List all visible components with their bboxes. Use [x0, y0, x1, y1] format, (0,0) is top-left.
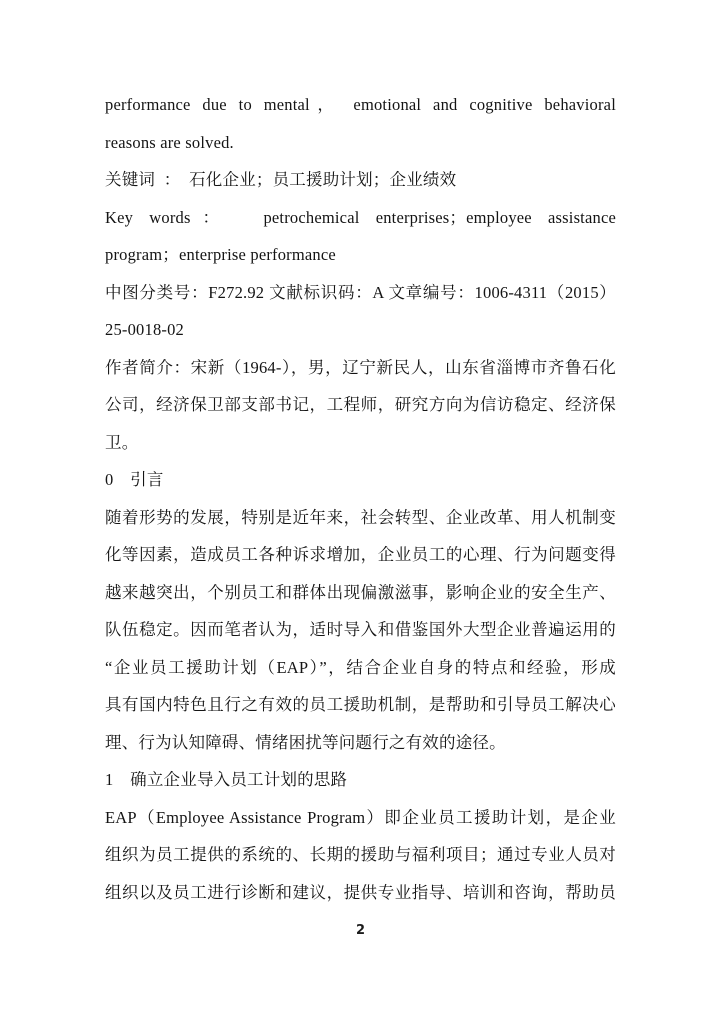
document-page: performance due to mental， emotional and…: [0, 0, 721, 1020]
text-line: 25-0018-02: [105, 311, 616, 349]
page-number: 2: [0, 923, 721, 938]
text-line: 组织为员工提供的系统的、长期的援助与福利项目；通过专业人员对: [105, 836, 616, 874]
text-line: 越来越突出，个别员工和群体出现偏激滋事，影响企业的安全生产、: [105, 574, 616, 612]
text-line: 关键词 ： 石化企业；员工援助计划；企业绩效: [105, 161, 616, 199]
text-line: 1 确立企业导入员工计划的思路: [105, 761, 616, 799]
text-line: 作者简介：宋新（1964-），男，辽宁新民人，山东省淄博市齐鲁石化: [105, 349, 616, 387]
text-line: 中图分类号：F272.92 文献标识码：A 文章编号：1006-4311（201…: [105, 274, 616, 312]
text-line: 0 引言: [105, 461, 616, 499]
text-line: performance due to mental， emotional and…: [105, 86, 616, 124]
text-line: 理、行为认知障碍、情绪困扰等问题行之有效的途径。: [105, 724, 616, 762]
text-line: reasons are solved.: [105, 124, 616, 162]
text-line: 组织以及员工进行诊断和建议，提供专业指导、培训和咨询，帮助员: [105, 874, 616, 912]
text-line: 具有国内特色且行之有效的员工援助机制，是帮助和引导员工解决心: [105, 686, 616, 724]
text-line: 卫。: [105, 424, 616, 462]
text-line: EAP（Employee Assistance Program）即企业员工援助计…: [105, 799, 616, 837]
text-line: 队伍稳定。因而笔者认为，适时导入和借鉴国外大型企业普遍运用的: [105, 611, 616, 649]
text-line: 化等因素，造成员工各种诉求增加，企业员工的心理、行为问题变得: [105, 536, 616, 574]
text-line: 随着形势的发展，特别是近年来，社会转型、企业改革、用人机制变: [105, 499, 616, 537]
text-line: program；enterprise performance: [105, 236, 616, 274]
text-line: 公司，经济保卫部支部书记，工程师，研究方向为信访稳定、经济保: [105, 386, 616, 424]
document-body: performance due to mental， emotional and…: [105, 86, 616, 911]
text-line: Key words： petrochemical enterprises；emp…: [105, 199, 616, 237]
text-line: “企业员工援助计划（EAP）”，结合企业自身的特点和经验，形成: [105, 649, 616, 687]
